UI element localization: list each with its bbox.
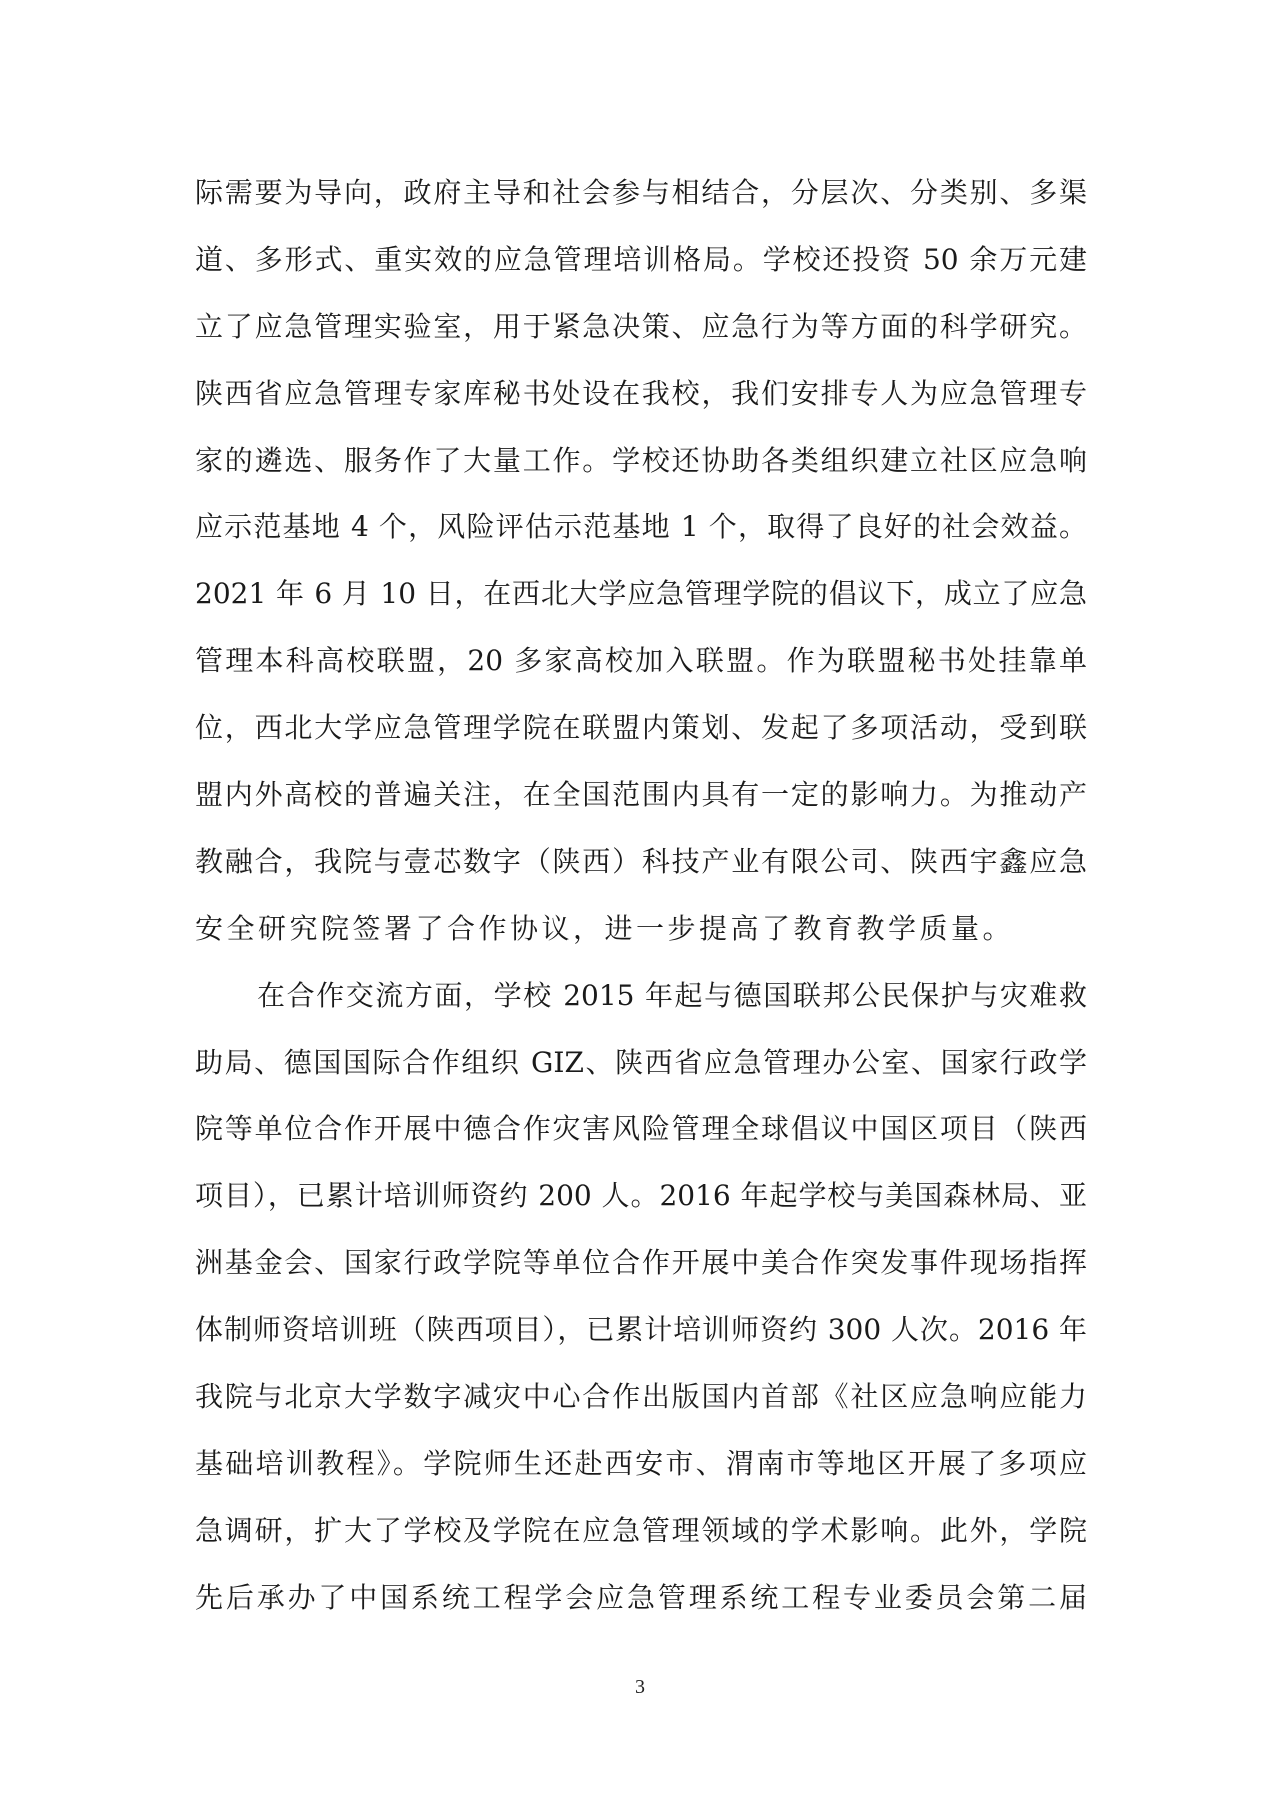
text-line: 家的遴选、服务作了大量工作。学校还协助各类组织建立社区应急响 bbox=[195, 428, 1087, 495]
page-number: 3 bbox=[0, 1676, 1280, 1699]
text-line: 2021 年 6 月 10 日，在西北大学应急管理学院的倡议下，成立了应急 bbox=[195, 561, 1087, 628]
text-line: 院等单位合作开展中德合作灾害风险管理全球倡议中国区项目（陕西 bbox=[195, 1096, 1087, 1163]
document-page: 际需要为导向，政府主导和社会参与相结合，分层次、分类别、多渠 道、多形式、重实效… bbox=[0, 0, 1280, 1809]
text-line: 际需要为导向，政府主导和社会参与相结合，分层次、分类别、多渠 bbox=[195, 160, 1087, 227]
text-line: 助局、德国国际合作组织 GIZ、陕西省应急管理办公室、国家行政学 bbox=[195, 1030, 1087, 1097]
text-line: 基础培训教程》。学院师生还赴西安市、渭南市等地区开展了多项应 bbox=[195, 1431, 1087, 1498]
text-line: 盟内外高校的普遍关注，在全国范围内具有一定的影响力。为推动产 bbox=[195, 762, 1087, 829]
text-line: 位，西北大学应急管理学院在联盟内策划、发起了多项活动，受到联 bbox=[195, 695, 1087, 762]
paragraph-last-line: 安全研究院签署了合作协议，进一步提高了教育教学质量。 bbox=[195, 896, 1087, 963]
paragraph-first-line: 在合作交流方面，学校 2015 年起与德国联邦公民保护与灾难救 bbox=[195, 963, 1087, 1030]
text-line: 应示范基地 4 个，风险评估示范基地 1 个，取得了良好的社会效益。 bbox=[195, 494, 1087, 561]
text-line: 陕西省应急管理专家库秘书处设在我校，我们安排专人为应急管理专 bbox=[195, 361, 1087, 428]
text-line: 洲基金会、国家行政学院等单位合作开展中美合作突发事件现场指挥 bbox=[195, 1230, 1087, 1297]
text-line: 道、多形式、重实效的应急管理培训格局。学校还投资 50 余万元建 bbox=[195, 227, 1087, 294]
text-line: 体制师资培训班（陕西项目），已累计培训师资约 300 人次。2016 年 bbox=[195, 1297, 1087, 1364]
text-line: 管理本科高校联盟，20 多家高校加入联盟。作为联盟秘书处挂靠单 bbox=[195, 628, 1087, 695]
text-line: 教融合，我院与壹芯数字（陕西）科技产业有限公司、陕西宇鑫应急 bbox=[195, 829, 1087, 896]
text-line: 项目），已累计培训师资约 200 人。2016 年起学校与美国森林局、亚 bbox=[195, 1163, 1087, 1230]
body-text: 际需要为导向，政府主导和社会参与相结合，分层次、分类别、多渠 道、多形式、重实效… bbox=[195, 160, 1087, 1632]
text-line: 急调研，扩大了学校及学院在应急管理领域的学术影响。此外，学院 bbox=[195, 1498, 1087, 1565]
text-line: 立了应急管理实验室，用于紧急决策、应急行为等方面的科学研究。 bbox=[195, 294, 1087, 361]
text-line: 我院与北京大学数字减灾中心合作出版国内首部《社区应急响应能力 bbox=[195, 1364, 1087, 1431]
text-line: 先后承办了中国系统工程学会应急管理系统工程专业委员会第二届 bbox=[195, 1565, 1087, 1632]
